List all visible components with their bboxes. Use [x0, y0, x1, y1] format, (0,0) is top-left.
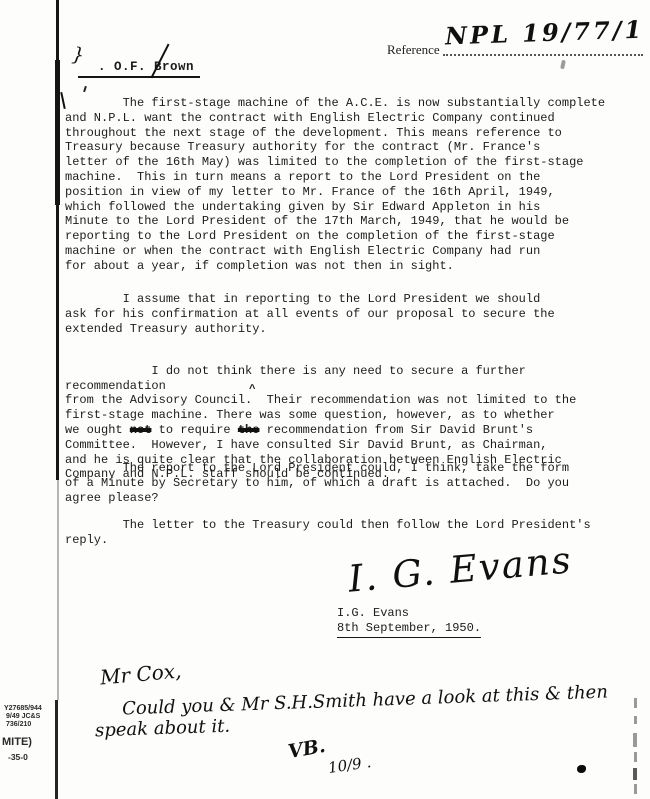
scan-artifact-dash [634, 752, 637, 762]
scan-artifact-dash [634, 784, 637, 794]
stamp-code-2: 9/49 JC&S [6, 713, 40, 720]
left-margin-rule-thick [55, 60, 60, 205]
note-date: 10/9 . [327, 753, 372, 777]
stamp-code-1: Y27685/944 [4, 705, 42, 712]
scan-artifact-dash [633, 768, 637, 780]
stamp-num: -35-0 [8, 752, 28, 762]
paragraph-1: The first-stage machine of the A.C.E. is… [65, 96, 613, 274]
note-salutation: Mr Cox, [99, 658, 182, 689]
scan-artifact-dash [633, 733, 637, 747]
stamp-mite: MITE) [2, 736, 32, 748]
struck-word-not: not [130, 423, 152, 437]
paragraph-2: I assume that in reporting to the Lord P… [65, 292, 613, 336]
scanned-memo-page: Reference NPL 19/77/1 } . O.F. Brown The… [0, 0, 650, 799]
reference-label: Reference [387, 42, 440, 58]
note-body-line2: speak about it. [95, 716, 231, 742]
smudge-mark [560, 60, 566, 70]
left-margin-rule-bottom [55, 700, 58, 799]
reference-dotted-line [443, 54, 643, 56]
caret-mark: ^ [249, 384, 256, 396]
stamp-code-3: 736/210 [6, 721, 31, 728]
left-margin-rule-mid [57, 480, 59, 700]
addressee-heading: . O.F. Brown [78, 60, 200, 78]
pen-dot-mark [83, 86, 87, 92]
scan-artifact-dash [634, 716, 637, 724]
paragraph-3-text: to require [151, 423, 237, 437]
scan-artifact-dash [634, 698, 637, 708]
ink-blot [577, 765, 586, 773]
note-body-line: Could you & Mr S.H.Smith have a look at … [122, 682, 608, 720]
reference-number-handwritten: NPL 19/77/1 [445, 15, 645, 51]
note-initials: VB. [286, 735, 327, 763]
paragraph-4: The report to the Lord President could, … [65, 461, 613, 505]
signature-typed-name: I.G. Evans [337, 606, 409, 621]
signature-script: I. G. Evans [347, 538, 575, 600]
struck-word-the: the [238, 423, 260, 437]
signature-typed-date: 8th September, 1950. [337, 621, 481, 638]
